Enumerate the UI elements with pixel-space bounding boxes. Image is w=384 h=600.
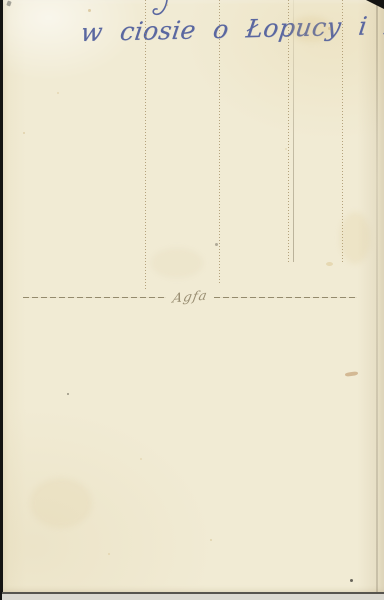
scan-edge-bottom bbox=[2, 592, 384, 600]
age-stain bbox=[30, 478, 92, 528]
crease-line bbox=[293, 0, 294, 262]
age-spot bbox=[166, 4, 168, 6]
age-spot bbox=[215, 243, 218, 246]
age-spot bbox=[345, 371, 358, 377]
age-spot bbox=[350, 579, 353, 582]
divider-dash-left bbox=[23, 297, 166, 298]
age-spot bbox=[57, 92, 59, 94]
handwriting-text: w ciosie o Łopucy i Pam bbox=[79, 9, 384, 49]
address-guide-line-2 bbox=[219, 0, 220, 283]
age-spot bbox=[23, 132, 25, 134]
address-guide-line-3 bbox=[288, 0, 289, 262]
postcard: w ciosie o Łopucy i Pam Agfa bbox=[3, 0, 384, 594]
age-stain bbox=[290, 16, 332, 42]
age-stain bbox=[151, 248, 203, 278]
age-spot bbox=[210, 539, 212, 541]
age-stain bbox=[340, 212, 370, 264]
address-guide-line-1 bbox=[145, 0, 146, 290]
pencil-mark bbox=[6, 0, 11, 6]
age-spot bbox=[88, 9, 91, 12]
brand-divider: Agfa bbox=[23, 290, 357, 304]
scan-corner-top-right bbox=[366, 0, 384, 9]
right-edge-shadow bbox=[376, 0, 378, 594]
age-spot bbox=[326, 262, 333, 266]
age-spot bbox=[67, 393, 69, 395]
age-spot bbox=[285, 148, 287, 150]
age-spot bbox=[328, 27, 331, 30]
age-spot bbox=[108, 553, 110, 555]
scanned-postcard-back: w ciosie o Łopucy i Pam Agfa bbox=[0, 0, 384, 600]
divider-dash-right bbox=[214, 297, 357, 298]
brand-label: Agfa bbox=[171, 288, 209, 306]
age-spot bbox=[140, 458, 142, 460]
